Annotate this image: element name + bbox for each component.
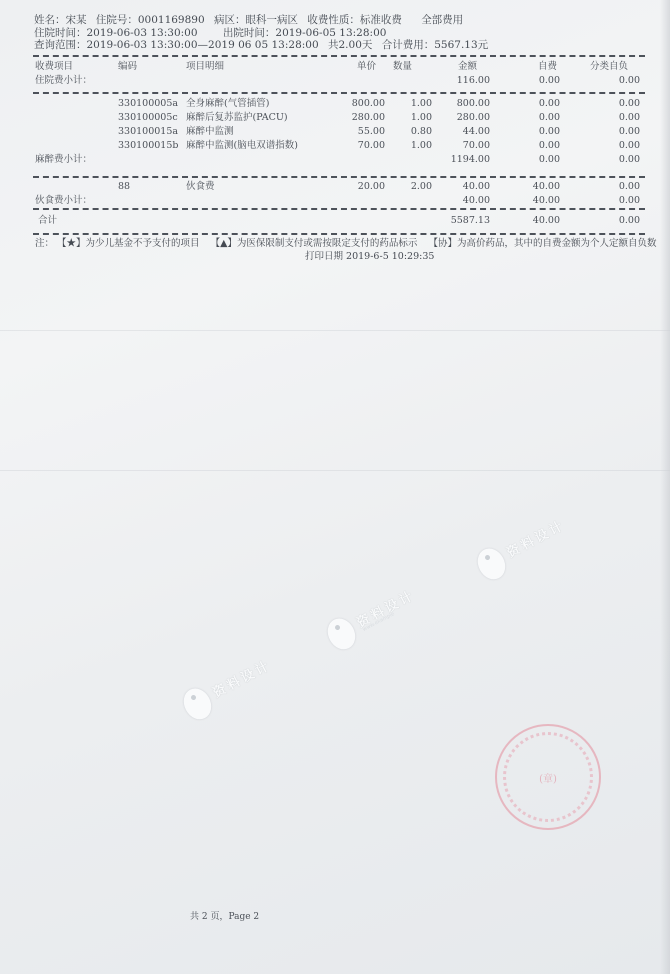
watermark: 资料设计 (177, 631, 311, 727)
charge-type-value: 标准收费 (360, 14, 402, 26)
total-fee-label: 合计费用： (382, 39, 435, 51)
row-amount: 280.00 (440, 111, 490, 125)
row-self-pay: 0.00 (520, 97, 560, 111)
table-row-subtotal: 麻醉费小计： 1194.00 0.00 0.00 (0, 153, 670, 167)
watermark: 资料设计 (471, 491, 605, 587)
days-value: 共2.00天 (328, 39, 372, 51)
print-date-value: 2019-6-5 10:29:35 (346, 251, 434, 262)
note-prefix: 注： (35, 238, 54, 249)
col-qty: 数量 (393, 60, 412, 74)
fee-scope: 全部费用 (421, 14, 463, 26)
watermark-text: 资料设计 (353, 584, 418, 631)
row-self-pay: 40.00 (520, 180, 560, 194)
col-item: 项目明细 (186, 60, 224, 74)
row-amount: 1194.00 (440, 153, 490, 167)
col-price: 单价 (357, 60, 376, 74)
divider (33, 92, 645, 94)
header-line-range: 查询范围：2019-06-03 13:30:00—2019 06 05 13:2… (34, 39, 488, 51)
row-self-pay: 0.00 (520, 111, 560, 125)
row-price: 70.00 (335, 139, 385, 153)
paper-crease (0, 470, 670, 471)
watermark-text: 资料设计 (209, 654, 274, 701)
row-self-pay: 40.00 (520, 194, 560, 208)
col-class-self: 分类自负 (590, 60, 628, 74)
name-label: 姓名： (34, 14, 66, 26)
charge-type-label: 收费性质： (307, 14, 360, 26)
row-self-pay: 0.00 (520, 125, 560, 139)
print-date-label: 打印日期 (305, 251, 343, 262)
note-xie: 【协】为高价药品，其中的自费金额为个人定额自负数 (428, 238, 656, 249)
range-value: 2019-06-03 13:30:00—2019 06 05 13:28:00 (87, 39, 319, 51)
note-star: 【★】为少儿基金不予支付的项目 (57, 238, 200, 249)
row-item: 伙食费 (186, 180, 215, 194)
row-price: 55.00 (335, 125, 385, 139)
table-row: 330100015a 麻醉中监测 55.00 0.80 44.00 0.00 0… (0, 125, 670, 139)
row-code: 330100005c (118, 111, 178, 125)
row-self-pay: 0.00 (520, 74, 560, 88)
admit-value: 2019-06-03 13:30:00 (87, 27, 198, 39)
legend-notes: 注： 【★】为少儿基金不予支付的项目 【▲】为医保限制支付或需按限定支付的药品标… (35, 238, 656, 250)
header-line-dates: 住院时间：2019-06-03 13:30:00 出院时间：2019-06-05… (34, 27, 386, 39)
row-self-pay: 0.00 (520, 153, 560, 167)
official-seal: (章) (495, 724, 601, 830)
row-amount: 5587.13 (440, 214, 490, 228)
table-header: 收费项目 编码 项目明细 单价 数量 金额 自费 分类自负 (0, 60, 670, 74)
discharge-label: 出院时间： (223, 27, 276, 39)
row-category: 伙食费小计： (35, 194, 92, 208)
admission-no-value: 0001169890 (138, 14, 205, 26)
row-code: 330100005a (118, 97, 178, 111)
total-fee-value: 5567.13元 (434, 39, 488, 51)
row-code: 330100015a (118, 125, 178, 139)
ward-value: 眼科一病区 (246, 14, 299, 26)
row-amount: 70.00 (440, 139, 490, 153)
row-amount: 40.00 (440, 194, 490, 208)
row-class-self: 0.00 (600, 139, 640, 153)
row-category: 合计 (38, 214, 57, 228)
row-code: 330100015b (118, 139, 178, 153)
row-amount: 40.00 (440, 180, 490, 194)
row-item: 麻醉后复苏监护(PACU) (186, 111, 288, 125)
discharge-value: 2019-06-05 13:28:00 (275, 27, 386, 39)
row-item: 麻醉中监测 (186, 125, 234, 139)
row-item: 麻醉中监测(脑电双谱指数) (186, 139, 298, 153)
note-triangle: 【▲】为医保限制支付或需按限定支付的药品标示 (211, 238, 418, 249)
table-row-subtotal: 住院费小计： 116.00 0.00 0.00 (0, 74, 670, 88)
row-class-self: 0.00 (600, 97, 640, 111)
divider (33, 55, 645, 57)
name-value: 宋某 (66, 14, 87, 26)
paper-crease (0, 330, 670, 331)
header-line-patient: 姓名：宋某 住院号：0001169890 病区：眼科一病区 收费性质：标准收费 … (34, 14, 463, 26)
row-class-self: 0.00 (600, 74, 640, 88)
divider (33, 208, 645, 210)
ward-label: 病区： (214, 14, 246, 26)
page-number: 共 2 页，Page 2 (190, 909, 259, 922)
row-price: 280.00 (335, 111, 385, 125)
row-qty: 2.00 (392, 180, 432, 194)
row-code: 88 (118, 180, 130, 194)
row-amount: 116.00 (440, 74, 490, 88)
admission-no-label: 住院号： (96, 14, 138, 26)
table-row: 330100015b 麻醉中监测(脑电双谱指数) 70.00 1.00 70.0… (0, 139, 670, 153)
row-qty: 1.00 (392, 139, 432, 153)
table-row: 88 伙食费 20.00 2.00 40.00 40.00 0.00 (0, 180, 670, 194)
seal-center-text: (章) (497, 770, 599, 785)
row-qty: 1.00 (392, 97, 432, 111)
col-code: 编码 (118, 60, 137, 74)
table-row: 330100005a 全身麻醉(气管插管) 800.00 1.00 800.00… (0, 97, 670, 111)
table-row-total: 合计 5587.13 40.00 0.00 (0, 214, 670, 228)
row-class-self: 0.00 (600, 111, 640, 125)
row-self-pay: 40.00 (520, 214, 560, 228)
row-amount: 800.00 (440, 97, 490, 111)
row-self-pay: 0.00 (520, 139, 560, 153)
divider (33, 176, 645, 178)
row-qty: 0.80 (392, 125, 432, 139)
row-price: 800.00 (335, 97, 385, 111)
row-category: 住院费小计： (35, 74, 92, 88)
range-label: 查询范围： (34, 39, 87, 51)
admit-label: 住院时间： (34, 27, 87, 39)
row-amount: 44.00 (440, 125, 490, 139)
row-class-self: 0.00 (600, 194, 640, 208)
col-self-pay: 自费 (538, 60, 557, 74)
row-item: 全身麻醉(气管插管) (186, 97, 269, 111)
table-row-subtotal: 伙食费小计： 40.00 40.00 0.00 (0, 194, 670, 208)
row-qty: 1.00 (392, 111, 432, 125)
watermark: 资料设计 www.example (321, 561, 455, 657)
col-category: 收费项目 (35, 60, 73, 74)
row-class-self: 0.00 (600, 125, 640, 139)
print-date: 打印日期 2019-6-5 10:29:35 (305, 251, 434, 263)
divider (33, 233, 645, 235)
col-amount: 金额 (458, 60, 477, 74)
watermark-text: 资料设计 (503, 514, 568, 561)
row-category: 麻醉费小计： (35, 153, 92, 167)
row-class-self: 0.00 (600, 180, 640, 194)
row-class-self: 0.00 (600, 214, 640, 228)
table-row: 330100005c 麻醉后复苏监护(PACU) 280.00 1.00 280… (0, 111, 670, 125)
receipt-page: 姓名：宋某 住院号：0001169890 病区：眼科一病区 收费性质：标准收费 … (0, 0, 670, 974)
row-price: 20.00 (335, 180, 385, 194)
row-class-self: 0.00 (600, 153, 640, 167)
